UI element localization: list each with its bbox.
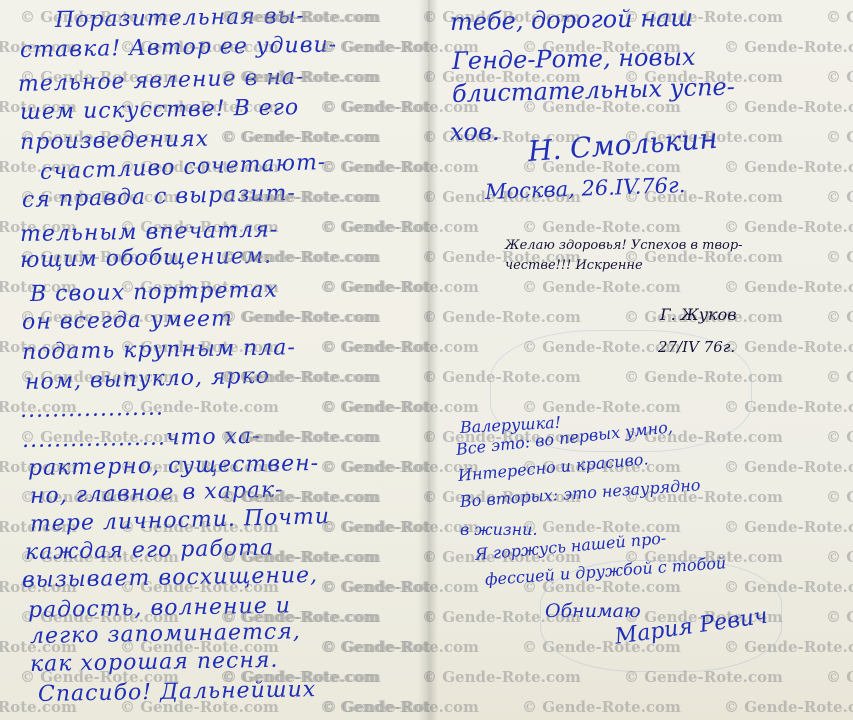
note-2-line: Желаю здоровья! Успехов в твор-	[505, 238, 743, 253]
left-page: © Gende-Rote.com© Gende-Rote.com© Gende-…	[0, 0, 428, 720]
letter-line: ..................	[20, 395, 164, 423]
watermark-text: © Gende-Rote.com	[724, 698, 853, 716]
letter-line: ющим обобщением.	[20, 244, 272, 273]
continuation-line: хов.	[450, 118, 500, 146]
letter-line: тельным впечатля-	[20, 217, 279, 247]
signature-smolkin: Н. Смолькин	[527, 122, 719, 168]
watermark-text: © Gende-Rote.com	[724, 458, 853, 476]
watermark-text: © Gende-Rote.com	[826, 488, 853, 506]
watermark-text: © Gende-Rote.com	[222, 128, 381, 146]
letter-line: В своих портретах	[30, 278, 278, 307]
continuation-line: тебе, дорогой наш	[450, 4, 694, 36]
watermark-text: © Gende-Rote.com	[826, 308, 853, 326]
watermark-text: © Gende-Rote.com	[826, 428, 853, 446]
watermark-text: © Gende-Rote.com	[422, 308, 581, 326]
closing-3: Обнимаю	[545, 600, 641, 622]
watermark-text: © Gende-Rote.com	[826, 68, 853, 86]
letter-line: вызывает восхищение,	[22, 563, 319, 593]
watermark-text: © Gende-Rote.com	[826, 248, 853, 266]
watermark-text: © Gende-Rote.com	[422, 668, 581, 686]
letter-line: он всегда умеет	[22, 306, 233, 335]
watermark-text: © Gende-Rote.com	[522, 218, 681, 236]
letter-line: как хорошая песня.	[30, 648, 279, 677]
letter-line: рактерно, существен-	[28, 451, 319, 481]
letter-line: Поразительная вы-	[55, 4, 305, 33]
letter-line: ставка! Автор ее удиви-	[20, 32, 338, 63]
watermark-text: © Gende-Rote.com	[522, 278, 681, 296]
letter-line: легко запоминается,	[30, 619, 301, 649]
letter-line: тельное явление в на-	[18, 65, 305, 97]
date-2: 27/IV 76г.	[658, 338, 735, 356]
letter-line: радость, волнение и	[28, 593, 291, 623]
continuation-line: блистательных успе-	[452, 73, 735, 108]
watermark-text: © Gende-Rote.com	[724, 338, 853, 356]
letter-line: каждая его работа	[25, 536, 275, 565]
watermark-text: © Gende-Rote.com	[826, 368, 853, 386]
note-2-line: честве!!! Искренне	[505, 258, 643, 273]
letter-line: подать крупным пла-	[22, 335, 296, 365]
watermark-text: © Gende-Rote.com	[724, 38, 853, 56]
place-date-1: Москва, 26.IV.76г.	[485, 173, 686, 204]
signature-zhukov: Г. Жуков	[660, 305, 737, 324]
letter-line: тере личности. Почти	[30, 504, 331, 537]
watermark-text: © Gende-Rote.com	[826, 128, 853, 146]
watermark-text: © Gende-Rote.com	[826, 668, 853, 686]
watermark-text: © Gende-Rote.com	[826, 8, 853, 26]
letter-line: ся правда с выразит-	[22, 181, 296, 213]
watermark-text: © Gende-Rote.com	[522, 698, 681, 716]
watermark-text: © Gende-Rote.com	[826, 548, 853, 566]
watermark-text: © Gende-Rote.com	[826, 608, 853, 626]
watermark-text: © Gende-Rote.com	[222, 308, 381, 326]
page-gutter	[418, 0, 438, 720]
watermark-text: © Gende-Rote.com	[724, 518, 853, 536]
right-page: © Gende-Rote.com© Gende-Rote.com© Gende-…	[430, 0, 853, 720]
watermark-text: © Gende-Rote.com	[724, 98, 853, 116]
watermark-text: © Gende-Rote.com	[826, 188, 853, 206]
letter-line: но, главное в харак-	[30, 477, 284, 509]
letter-line: ном, выпукло, ярко	[25, 364, 271, 395]
watermark-text: © Gende-Rote.com	[724, 218, 853, 236]
watermark-text: © Gende-Rote.com	[724, 158, 853, 176]
note-3-line: в жизни.	[460, 520, 538, 539]
letter-line: шем искусстве! В его	[20, 95, 300, 125]
watermark-text: © Gende-Rote.com	[724, 278, 853, 296]
letter-line: Спасибо! Дальнейших	[38, 677, 317, 707]
letter-line: ..................что ха-	[22, 424, 261, 453]
letter-line: счастливо сочетают-	[40, 150, 327, 185]
letter-line: произведениях	[20, 127, 210, 155]
continuation-line: Генде-Роте, новых	[452, 43, 696, 75]
